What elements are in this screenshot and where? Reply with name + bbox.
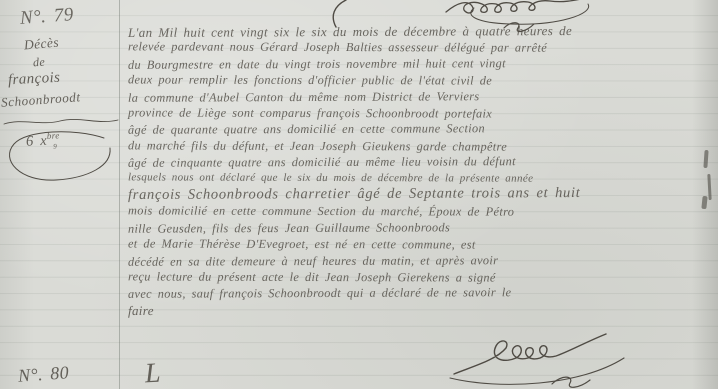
act-text-line: mois domicilié en cette commune Section … [128, 204, 514, 220]
margin-divider-rule [119, 0, 120, 389]
act-text-line: du marché fils du défunt, et Jean Joseph… [128, 138, 507, 154]
record-number: N°. 79 [19, 4, 74, 30]
act-text-line: âgé de cinquante quatre ans domicilié au… [128, 154, 516, 171]
official-signature-bottom [440, 330, 640, 389]
act-text-line: nille Geusden, fils des feus Jean Guilla… [128, 220, 450, 236]
next-act-opening-letter: L [144, 358, 162, 389]
deceased-last-name: Schoonbroodt [1, 89, 82, 111]
next-record-number: N°. 80 [17, 362, 69, 387]
previous-entry-stroke [322, 0, 354, 28]
deceased-first-name: françois [8, 70, 61, 90]
act-text-line: du Bourgmestre en date du vingt trois no… [128, 56, 506, 73]
act-text-line: françois Schoonbroods charretier âgé de … [128, 185, 580, 204]
act-text-line: la commune d'Aubel Canton du même nom Di… [128, 89, 480, 106]
act-text-line: province de Liège sont comparus françois… [128, 105, 492, 121]
page-edge-mark [703, 150, 708, 168]
act-text-line: reçu lecture du présent acte le dit Jean… [128, 269, 496, 285]
act-text-line: et de Marie Thérèse D'Evegroet, est né e… [128, 237, 476, 253]
act-type-label-de: de [32, 55, 45, 71]
act-text-line: relevée pardevant nous Gérard Joseph Bal… [128, 40, 547, 56]
date-annotation-sup: bre [47, 130, 60, 141]
official-signature-top [438, 0, 598, 34]
page-edge-mark [701, 196, 707, 209]
act-type-label: Décès [23, 35, 59, 54]
act-text-line: lesquels nous ont déclaré que le six du … [128, 171, 533, 184]
act-text-line: faire [128, 303, 154, 319]
act-text-line: deux pour remplir les fonctions d'offici… [128, 73, 492, 89]
act-text-line: décédé en sa dite demeure à neuf heures … [128, 253, 498, 270]
date-annotation: 6 xbre9 [26, 130, 65, 151]
act-text-line: avec nous, sauf françois Schoonbroodt qu… [128, 286, 511, 303]
act-text-line: âgé de quarante quatre ans domicilié en … [128, 122, 485, 139]
register-page-scan: N°. 79 Décès de françois Schoonbroodt 6 … [0, 0, 718, 389]
page-edge-mark [707, 174, 711, 200]
date-annotation-base: 6 x [26, 133, 48, 150]
date-annotation-sub: 9 [53, 142, 57, 150]
